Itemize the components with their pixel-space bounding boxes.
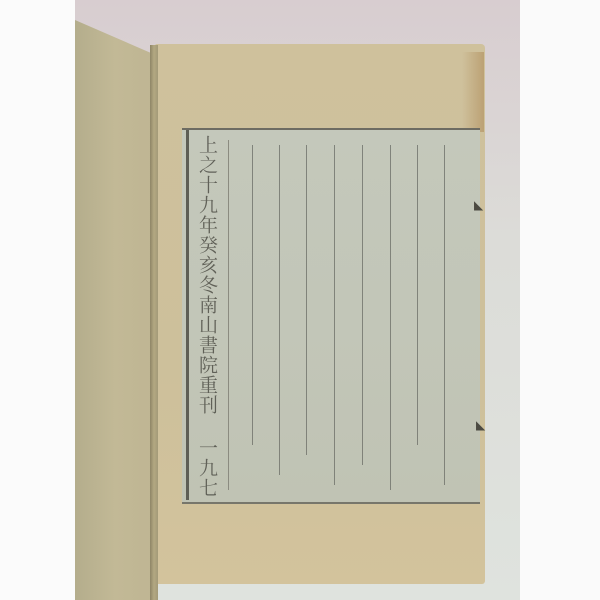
stain-mark [462,52,484,132]
panel-border [186,130,189,500]
fold-mark: ◣ [474,198,483,212]
background-right [520,0,600,600]
book-spine [150,45,158,600]
column-rule [279,145,280,475]
panel-inner-border [228,140,229,490]
colophon-text: 上之十九年癸亥冬南山書院重刊 一九七 [195,135,219,505]
column-rule [252,145,253,445]
printed-panel [182,128,480,504]
left-page [75,20,155,600]
column-rule [417,145,418,445]
column-rule [306,145,307,455]
column-rule [390,145,391,490]
column-rule [444,145,445,485]
column-rule [334,145,335,485]
fold-mark: ◣ [476,418,485,432]
column-rule [362,145,363,465]
background-left [0,0,75,600]
